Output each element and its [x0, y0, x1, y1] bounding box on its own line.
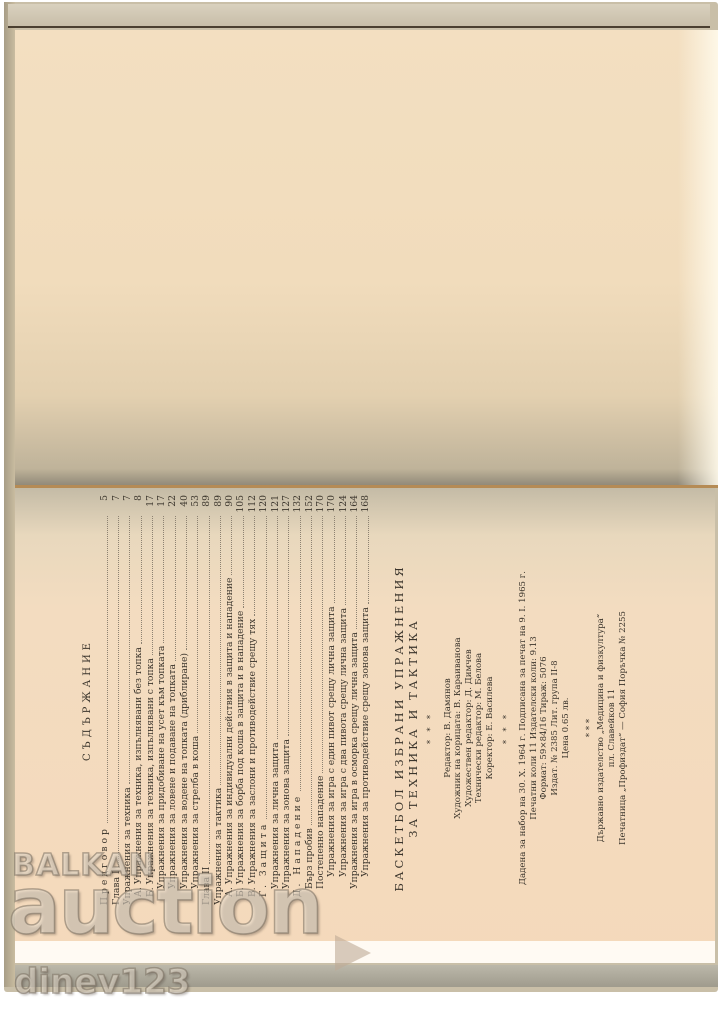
toc-entry-page: 121: [270, 495, 281, 513]
toc-leader-dots: [277, 516, 278, 739]
toc-leader-dots: [288, 516, 289, 736]
toc-leader-dots: [107, 516, 108, 823]
toc-entry-page: 105: [235, 495, 246, 513]
toc-entry-page: 170: [326, 495, 337, 513]
toc-leader-dots: [334, 516, 335, 603]
toc-leader-dots: [300, 516, 301, 791]
toc-entry: Упражнения за техника7: [122, 495, 133, 905]
toc-entry-title: Упражнения за противодействие срещу зоно…: [360, 607, 371, 877]
toc-entry-title: Упражнения за водене на топката (дриблир…: [179, 653, 190, 889]
toc-leader-dots: [186, 516, 187, 650]
credit-editor: Редактор: В. Дамянов: [443, 508, 454, 948]
toc-leader-dots: [266, 516, 267, 819]
toc-entry-page: 170: [315, 495, 326, 513]
toc-entry: В. Упражнения за заслони и противодейств…: [247, 495, 258, 905]
toc-entry: Б. Упражнения за техника, изпълнявани с …: [145, 495, 156, 905]
toc-entry-page: 152: [304, 495, 315, 513]
toc-entry-page: 17: [156, 495, 167, 513]
toc-entry-page: 168: [360, 495, 371, 513]
toc-entry-title: А. Упражнения за индивидуални действия в…: [224, 578, 235, 897]
toc-entry: Упражнения за ловене и подаване на топка…: [167, 495, 178, 905]
credit-cover-artist: Художник на корицата: В. Караиванова: [453, 508, 464, 948]
toc-entry: Упражнения за противодействие срещу зоно…: [360, 495, 371, 905]
toc-entry: Бърз пробив152: [304, 495, 315, 905]
toc-entry-page: 7: [122, 495, 133, 513]
book-title-line1: БАСКЕТБОЛ ИЗБРАНИ УПРАЖНЕНИЯ: [392, 508, 406, 948]
watermark-username: dinev123: [14, 962, 190, 1002]
toc-entry: Д. Нападение132: [292, 495, 303, 905]
toc-leader-dots: [243, 516, 244, 608]
book-left-edge: [4, 2, 15, 987]
table-of-contents: СЪДЪРЖАНИЕ Предговор5Глава I7Упражнения …: [82, 495, 372, 905]
credit-technical-editor: Технически редактор: М. Белова: [474, 508, 485, 948]
toc-entry: Глава II89: [201, 495, 212, 905]
toc-entry-page: 124: [338, 495, 349, 513]
toc-entry-title: Упражнения за игра с един пивот срещу ли…: [326, 606, 337, 877]
separator-stars: * * *: [502, 508, 513, 948]
watermark-play-arrow-icon: [335, 935, 371, 971]
toc-entry-page: 53: [190, 495, 201, 513]
toc-leader-dots: [163, 516, 164, 643]
toc-entry: Упражнения за стрелба в коша53: [190, 495, 201, 905]
toc-entry: Упражнения за тактика89: [213, 495, 224, 905]
toc-entry-page: 8: [133, 495, 144, 513]
toc-entry-title: Упражнения за ловене и подаване на топка…: [167, 664, 178, 889]
publisher-address: пл. Славейков 11: [607, 508, 618, 948]
publisher-name: Държавно издателство „Медицина и физкулт…: [596, 508, 607, 948]
toc-entry-page: 22: [167, 495, 178, 513]
print-info-number: Издат. № 2385 Лит. група II-8: [550, 508, 561, 948]
toc-entry-page: 89: [213, 495, 224, 513]
toc-entry-title: Упражнения за игра с два пивота срещу ли…: [338, 608, 349, 877]
toc-entry: Упражнения за лична защита121: [270, 495, 281, 905]
toc-entry-title: Упражнения за придобиване на усет към то…: [156, 646, 167, 889]
book-title-line2: ЗА ТЕХНИКА И ТАКТИКА: [406, 508, 420, 948]
colophon: БАСКЕТБОЛ ИЗБРАНИ УПРАЖНЕНИЯ ЗА ТЕХНИКА …: [392, 508, 571, 948]
toc-leader-dots: [231, 516, 232, 575]
toc-entry-page: 112: [247, 495, 258, 513]
toc-leader-dots: [197, 516, 198, 733]
toc-leader-dots: [129, 516, 130, 784]
toc-entry-page: 164: [349, 495, 360, 513]
print-info-sheets: Печатни коли 11 Издателски коли: 9.13: [529, 508, 540, 948]
printing-house: Печатница „Профиздат“ — София Поръчка № …: [618, 508, 629, 948]
toc-entry: Г. Защита120: [258, 495, 269, 905]
blank-page: [15, 30, 718, 487]
toc-leader-dots: [152, 516, 153, 655]
toc-entry-title: Б. Упражнения за борба под коша в защита…: [235, 611, 246, 897]
toc-entry: Упражнения за игра с един пивот срещу ли…: [326, 495, 337, 905]
credit-art-editor: Художествен редактор: Д. Димчев: [464, 508, 475, 948]
toc-entry-title: В. Упражнения за заслони и противодейств…: [247, 619, 258, 897]
toc-leader-dots: [175, 516, 176, 661]
credit-proofreader: Коректор: Е. Василева: [485, 508, 496, 948]
toc-entry-page: 132: [292, 495, 303, 513]
toc-entry-title: Упражнения за игра в осморка срещу лична…: [349, 632, 360, 889]
toc-entry-page: 120: [258, 495, 269, 513]
toc-entry: Упражнения за водене на топката (дриблир…: [179, 495, 190, 905]
toc-leader-dots: [368, 516, 369, 604]
print-info-price: Цена 0.65 лв.: [561, 508, 572, 948]
toc-entry: Упражнения за игра в осморка срещу лична…: [349, 495, 360, 905]
toc-entry: Упражнения за придобиване на усет към то…: [156, 495, 167, 905]
toc-entry-page: 90: [224, 495, 235, 513]
toc-entry-page: 7: [111, 495, 122, 513]
toc-leader-dots: [311, 516, 312, 825]
toc-entry-page: 40: [179, 495, 190, 513]
toc-leader-dots: [209, 516, 210, 864]
book-top-edge: [8, 4, 710, 28]
toc-leader-dots: [345, 516, 346, 605]
toc-entry: Предговор5: [99, 495, 110, 905]
toc-entry-page: 127: [281, 495, 292, 513]
toc-entry-page: 89: [201, 495, 212, 513]
toc-leader-dots: [141, 516, 142, 644]
toc-entry: Глава I7: [111, 495, 122, 905]
toc-entry-page: 17: [145, 495, 156, 513]
toc-leader-dots: [254, 516, 255, 616]
toc-leader-dots: [118, 516, 119, 867]
toc-leader-dots: [220, 516, 221, 785]
toc-entry: Постепенно нападение170: [315, 495, 326, 905]
toc-leader-dots: [322, 516, 323, 773]
separator-stars: * * *: [426, 508, 437, 948]
toc-entry: А. Упражнения за индивидуални действия в…: [224, 495, 235, 905]
toc-leader-dots: [356, 516, 357, 629]
publisher-block: * * * Държавно издателство „Медицина и ф…: [585, 508, 629, 948]
toc-entry: А. Упражнения за техника, изпълнявани бе…: [133, 495, 144, 905]
watermark-brand-main: auction: [8, 868, 322, 946]
print-info-format: Формат: 59×84/16 Тираж: 5076: [539, 508, 550, 948]
separator-stars: * * *: [585, 508, 596, 948]
print-info-dates: Дадена за набор на 30. X. 1964 г. Подпис…: [518, 508, 529, 948]
toc-entry-page: 5: [99, 495, 110, 513]
toc-entry: Б. Упражнения за борба под коша в защита…: [235, 495, 246, 905]
toc-entry: Упражнения за игра с два пивота срещу ли…: [338, 495, 349, 905]
toc-title: СЪДЪРЖАНИЕ: [82, 495, 93, 905]
toc-entry: Упражнения за зонова защита127: [281, 495, 292, 905]
